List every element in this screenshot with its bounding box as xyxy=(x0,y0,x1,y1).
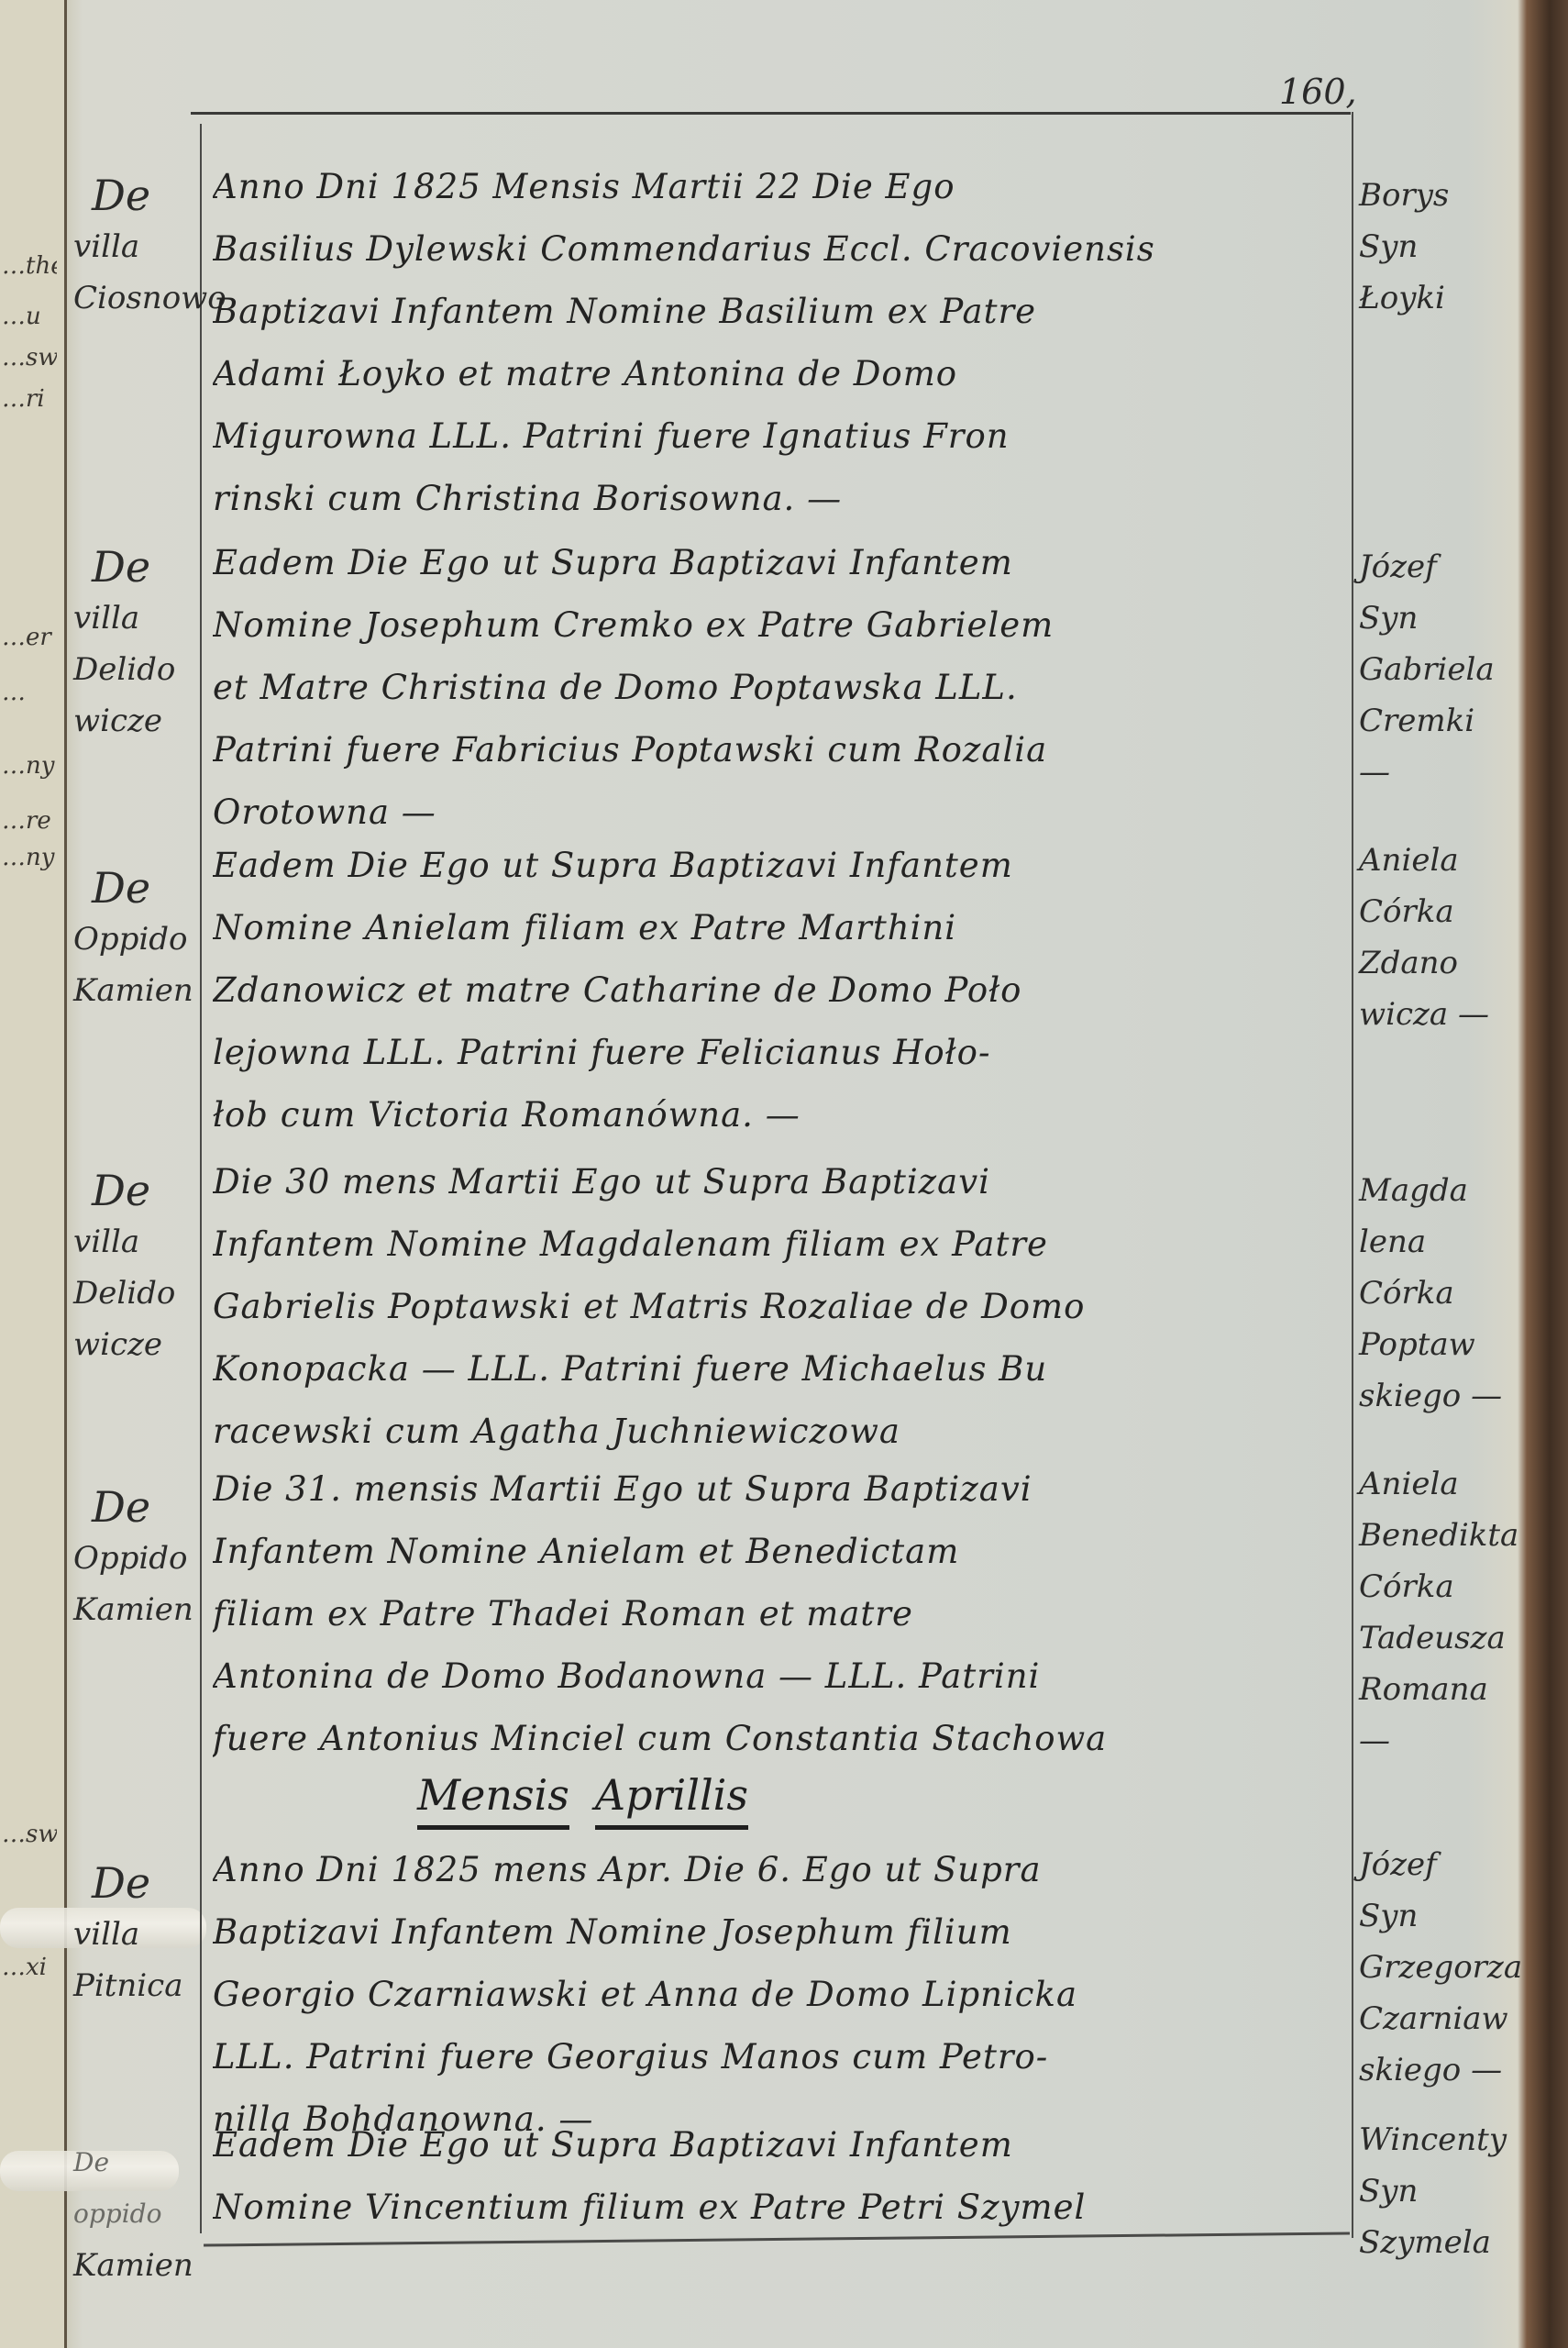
entry-location: De oppido Kamien xyxy=(73,2137,202,2291)
child-name-note: Aniela Córka Zdano wicza — xyxy=(1359,835,1515,1040)
previous-page-text-fragment: …swe xyxy=(2,344,57,371)
right-column-rule xyxy=(1352,112,1353,2238)
entry-location: De villa Pitnica xyxy=(73,1857,202,2011)
child-name-note: Aniela Benedikta Córka Tadeusza Romana — xyxy=(1359,1458,1515,1767)
month-heading: MensisAprillis xyxy=(417,1770,774,1830)
previous-page-text-fragment: …xi xyxy=(2,1954,57,1981)
previous-page-text-fragment: …swe xyxy=(2,1821,57,1848)
previous-page-text-fragment: …er xyxy=(2,624,57,651)
child-name-note: Magda lena Córka Poptaw skiego — xyxy=(1359,1165,1515,1422)
entry-location: De villa Delido wicze xyxy=(73,1165,202,1370)
top-rule xyxy=(191,112,1351,115)
baptism-entry: Eadem Die Ego ut Supra Baptizavi Infante… xyxy=(213,835,1345,1146)
baptism-entry: Anno Dni 1825 mens Apr. Die 6. Ego ut Su… xyxy=(213,1839,1345,2151)
child-name-note: Józef Syn Gabriela Cremki — xyxy=(1359,541,1515,798)
page-number: 160, xyxy=(1279,72,1357,112)
baptism-entry: Die 30 mens Martii Ego ut Supra Baptizav… xyxy=(213,1151,1345,1463)
entry-location: De villa Ciosnowo xyxy=(73,170,202,324)
previous-page-text-fragment: …ri xyxy=(2,385,57,413)
child-name-note: Borys Syn Łoyki xyxy=(1359,170,1515,324)
entry-location: De Oppido Kamien xyxy=(73,1481,202,1635)
previous-page-text-fragment: … xyxy=(2,679,57,706)
baptism-entry: Eadem Die Ego ut Supra Baptizavi Infante… xyxy=(213,532,1345,844)
child-name-note: Wincenty Syn Szymela xyxy=(1359,2114,1515,2268)
previous-page-text-fragment: …re xyxy=(2,807,57,835)
baptism-entry: Anno Dni 1825 Mensis Martii 22 Die Ego B… xyxy=(213,156,1345,530)
previous-page-text-fragment: …ny xyxy=(2,844,57,871)
baptism-entry: Eadem Die Ego ut Supra Baptizavi Infante… xyxy=(213,2114,1345,2239)
previous-page-text-fragment: …u xyxy=(2,303,57,330)
register-page: …the…u…swe…ri…er……ny…re…ny…swe…xi 160, D… xyxy=(0,0,1568,2348)
child-name-note: Józef Syn Grzegorza Czarniaw skiego — xyxy=(1359,1839,1515,2096)
entry-location: De villa Delido wicze xyxy=(73,541,202,747)
previous-page-text-fragment: …the xyxy=(2,252,57,280)
entry-location: De Oppido Kamien xyxy=(73,862,202,1016)
previous-page-text-fragment: …ny xyxy=(2,752,57,780)
baptism-entry: Die 31. mensis Martii Ego ut Supra Bapti… xyxy=(213,1458,1345,1770)
